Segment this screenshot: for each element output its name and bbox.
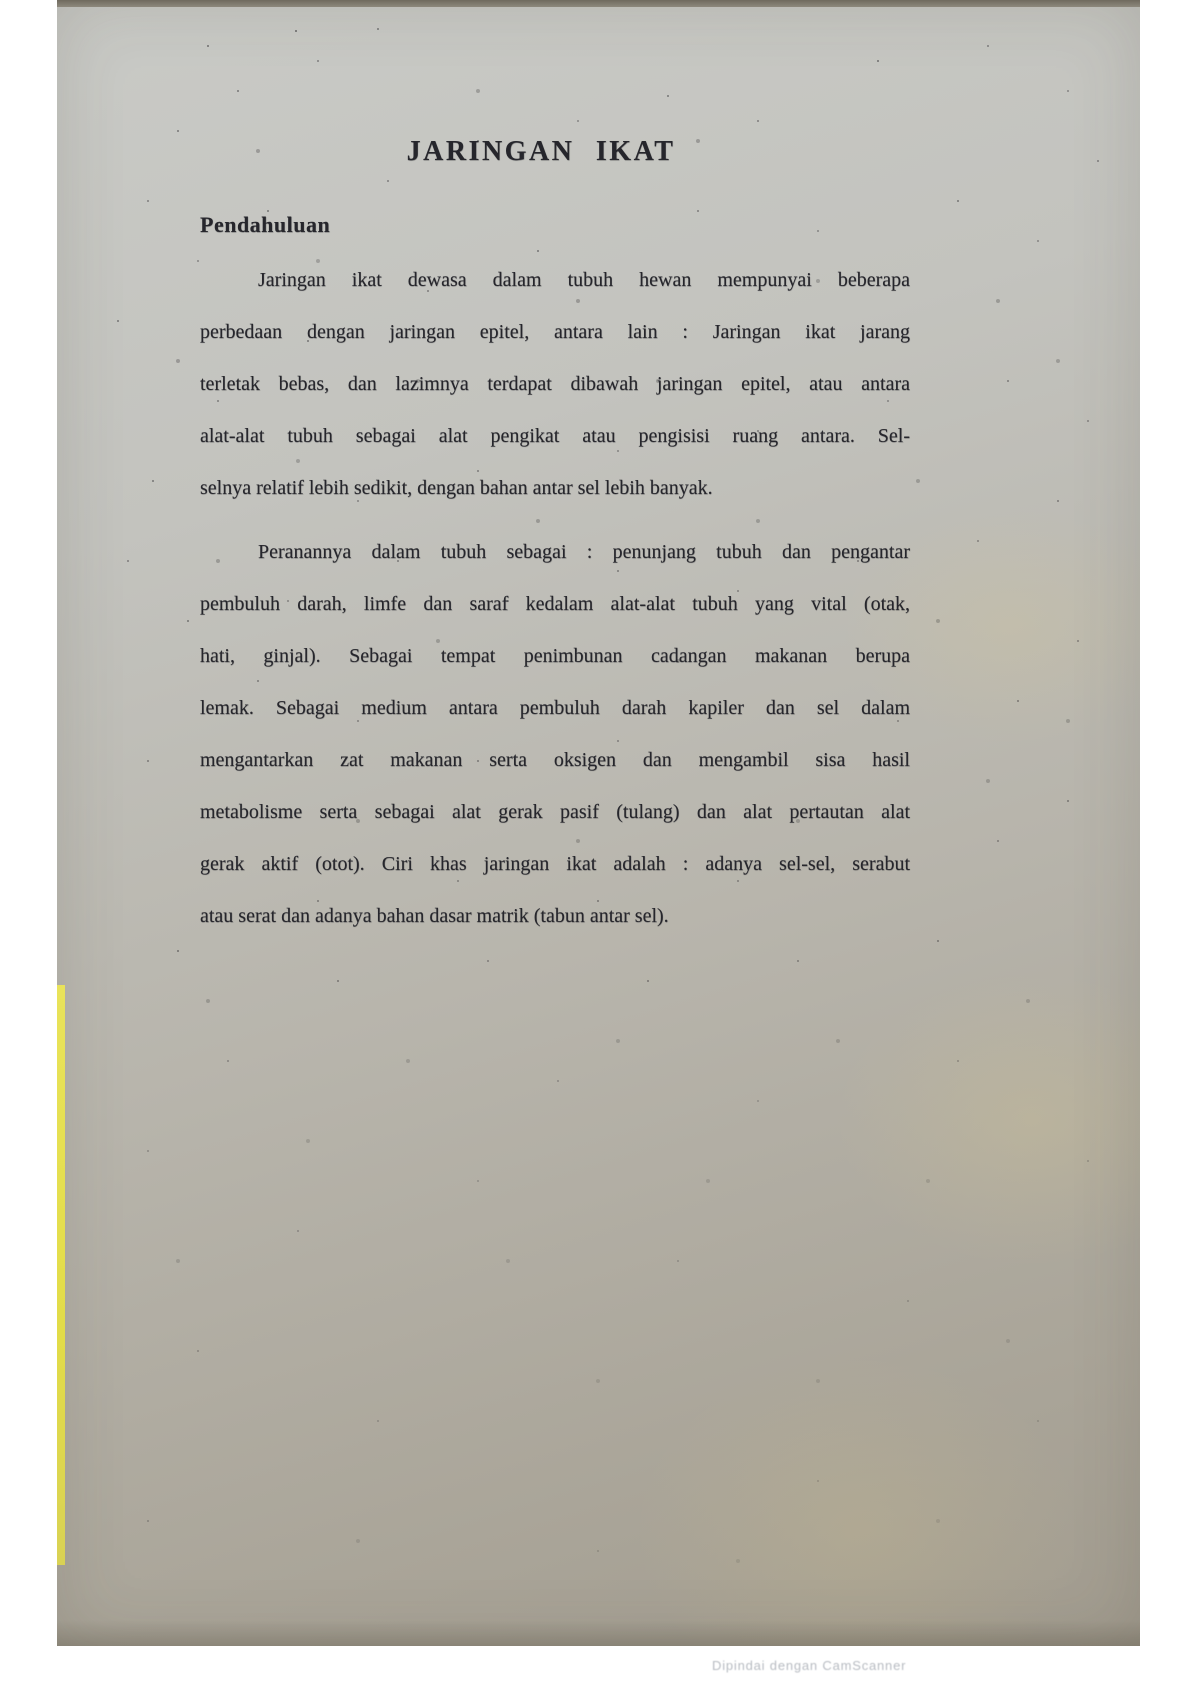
document-photo: JARINGAN IKAT Pendahuluan Jaringan ikat … — [57, 0, 1140, 1646]
text-line: metabolisme serta sebagai alat gerak pas… — [200, 786, 910, 838]
paragraph-1: Jaringan ikat dewasa dalam tubuh hewan m… — [200, 254, 910, 514]
text-line: perbedaan dengan jaringan epitel, antara… — [200, 306, 910, 358]
text-line: gerak aktif (otot). Ciri khas jaringan i… — [200, 838, 910, 890]
typed-text-block: JARINGAN IKAT Pendahuluan Jaringan ikat … — [200, 0, 910, 942]
scan-noise-smudges — [57, 0, 59, 2]
scan-noise-speckles — [57, 0, 59, 2]
text-line: pembuluh darah, limfe dan saraf kedalam … — [200, 578, 910, 630]
text-line: Peranannya dalam tubuh sebagai : penunja… — [200, 526, 910, 578]
yellow-paper-edge — [57, 985, 65, 1565]
text-line: selnya relatif lebih sedikit, dengan bah… — [200, 462, 910, 514]
text-line: alat-alat tubuh sebagai alat pengikat at… — [200, 410, 910, 462]
paragraph-2: Peranannya dalam tubuh sebagai : penunja… — [200, 526, 910, 942]
text-line: hati, ginjal). Sebagai tempat penimbunan… — [200, 630, 910, 682]
text-line: atau serat dan adanya bahan dasar matrik… — [200, 890, 910, 942]
text-line: terletak bebas, dan lazimnya terdapat di… — [200, 358, 910, 410]
text-line: mengantarkan zat makanan serta oksigen d… — [200, 734, 910, 786]
camscanner-watermark: Dipindai dengan CamScanner — [712, 1658, 906, 1673]
document-title: JARINGAN IKAT — [186, 136, 896, 168]
section-heading: Pendahuluan — [200, 212, 910, 238]
text-line: lemak. Sebagai medium antara pembuluh da… — [200, 682, 910, 734]
text-line: Jaringan ikat dewasa dalam tubuh hewan m… — [200, 254, 910, 306]
